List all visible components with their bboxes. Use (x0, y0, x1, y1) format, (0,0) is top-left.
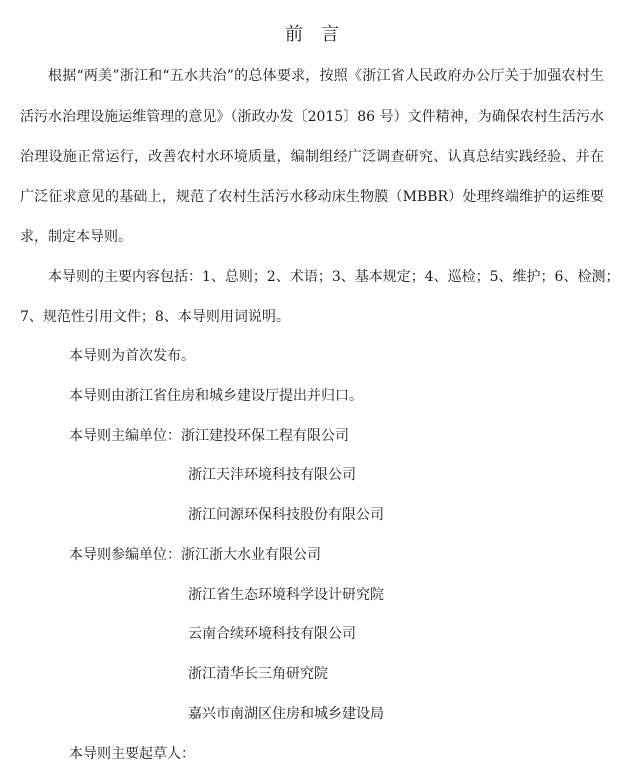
proposer-note: 本导则由浙江省住房和城乡建设厅提出并归口。 (69, 386, 363, 406)
paragraph2-line2: 7、规范性引用文件；8、本导则用词说明。 (20, 307, 290, 327)
chief-editor-unit: 浙江问源环保科技股份有限公司 (188, 505, 384, 525)
co-editor-unit: 浙江浙大水业有限公司 (181, 547, 321, 563)
chief-editors-row: 本导则主编单位：浙江建投环保工程有限公司 (69, 426, 349, 446)
co-editor-unit: 浙江省生态环境科学设计研究院 (188, 585, 384, 605)
paragraph1-line4: 广泛征求意见的基础上，规范了农村生活污水移动床生物膜（MBBR）处理终端维护的运… (20, 187, 604, 207)
co-editors-label: 本导则参编单位： (69, 547, 181, 563)
paragraph1-line3: 治理设施正常运行，改善农村水环境质量，编制组经广泛调查研究、认真总结实践经验、并… (20, 147, 604, 167)
co-editor-unit: 云南合续环境科技有限公司 (188, 624, 356, 644)
chief-editor-unit: 浙江建投环保工程有限公司 (181, 428, 349, 444)
first-release-note: 本导则为首次发布。 (69, 346, 195, 366)
co-editor-unit: 浙江清华长三角研究院 (188, 664, 328, 684)
co-editor-unit: 嘉兴市南湖区住房和城乡建设局 (188, 704, 384, 724)
drafters-label: 本导则主要起草人： (69, 744, 195, 764)
co-editors-row: 本导则参编单位：浙江浙大水业有限公司 (69, 545, 321, 565)
paragraph2-line1: 本导则的主要内容包括：1、总则；2、术语；3、基本规定；4、巡检；5、维护；6、… (48, 267, 604, 287)
paragraph1-line5: 求，制定本导则。 (20, 227, 132, 247)
chief-editors-label: 本导则主编单位： (69, 428, 181, 444)
page-title: 前言 (0, 20, 624, 46)
chief-editor-unit: 浙江天沣环境科技有限公司 (188, 465, 356, 485)
paragraph1-line2: 活污水治理设施运维管理的意见》（浙政办发〔2015〕86 号）文件精神，为确保农… (20, 107, 604, 127)
paragraph1-line1: 根据“两美”浙江和“五水共治”的总体要求，按照《浙江省人民政府办公厅关于加强农村… (48, 66, 604, 86)
